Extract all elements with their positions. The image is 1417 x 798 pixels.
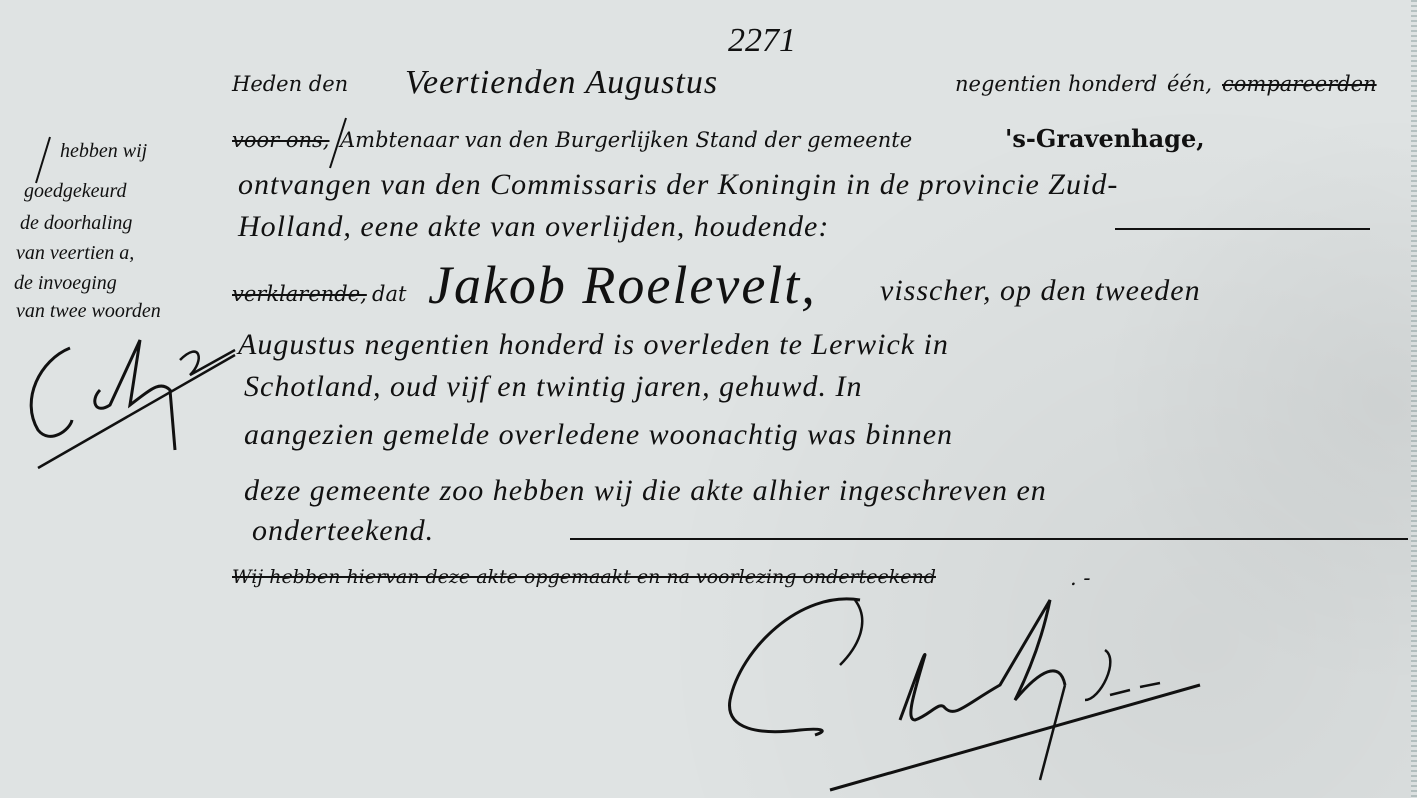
margin-note-line: de doorhaling <box>20 212 132 235</box>
margin-note-line: de invoeging <box>14 272 117 295</box>
printed-dat: dat <box>372 282 406 306</box>
margin-note-line: goedgekeurd <box>24 180 127 203</box>
handwritten-line-3: ontvangen van den Commissaris der Koning… <box>238 168 1118 202</box>
printed-een: één, <box>1167 72 1212 96</box>
margin-note-line: hebben wij <box>60 140 147 163</box>
city-name: 's-Gravenhage, <box>1005 124 1205 153</box>
registrar-signature-icon <box>700 590 1220 790</box>
deceased-name: Jakob Roelevelt, <box>428 254 817 316</box>
handwritten-line-4: Holland, eene akte van overlijden, houde… <box>238 210 829 244</box>
struck-compareerden: compareerden <box>1222 72 1377 96</box>
printed-year: negentien honderd <box>955 72 1157 96</box>
handwritten-date: Veertienden Augustus <box>405 64 718 102</box>
handwritten-line-9: deze gemeente zoo hebben wij die akte al… <box>244 474 1047 508</box>
margin-bracket-icon <box>30 135 60 185</box>
closing-dash: . - <box>1070 566 1090 590</box>
handwritten-line-5: visscher, op den tweeden <box>880 274 1201 308</box>
fill-line <box>570 538 1408 540</box>
handwritten-line-8: aangezien gemelde overledene woonachtig … <box>244 418 953 452</box>
insertion-slash-icon <box>328 118 348 168</box>
struck-closing-statement: Wij hebben hiervan deze akte opgemaakt e… <box>232 566 936 588</box>
handwritten-line-7: Schotland, oud vijf en twintig jaren, ge… <box>244 370 863 404</box>
struck-voor-ons: voor ons, <box>232 128 329 152</box>
struck-verklarende: verklarende, <box>232 282 367 306</box>
page-edge <box>1411 0 1417 798</box>
handwritten-line-10: onderteekend. <box>252 514 434 548</box>
printed-heden-den: Heden den <box>232 72 348 96</box>
civil-record-page: 2271 Heden den Veertienden Augustus nege… <box>0 0 1417 798</box>
margin-signature-icon <box>10 320 250 480</box>
margin-note-line: van veertien a, <box>16 242 134 265</box>
fill-line <box>1115 228 1370 230</box>
record-number: 2271 <box>728 22 796 60</box>
printed-ambtenaar: Ambtenaar van den Burgerlijken Stand der… <box>340 128 912 152</box>
handwritten-line-6: Augustus negentien honderd is overleden … <box>238 328 949 362</box>
